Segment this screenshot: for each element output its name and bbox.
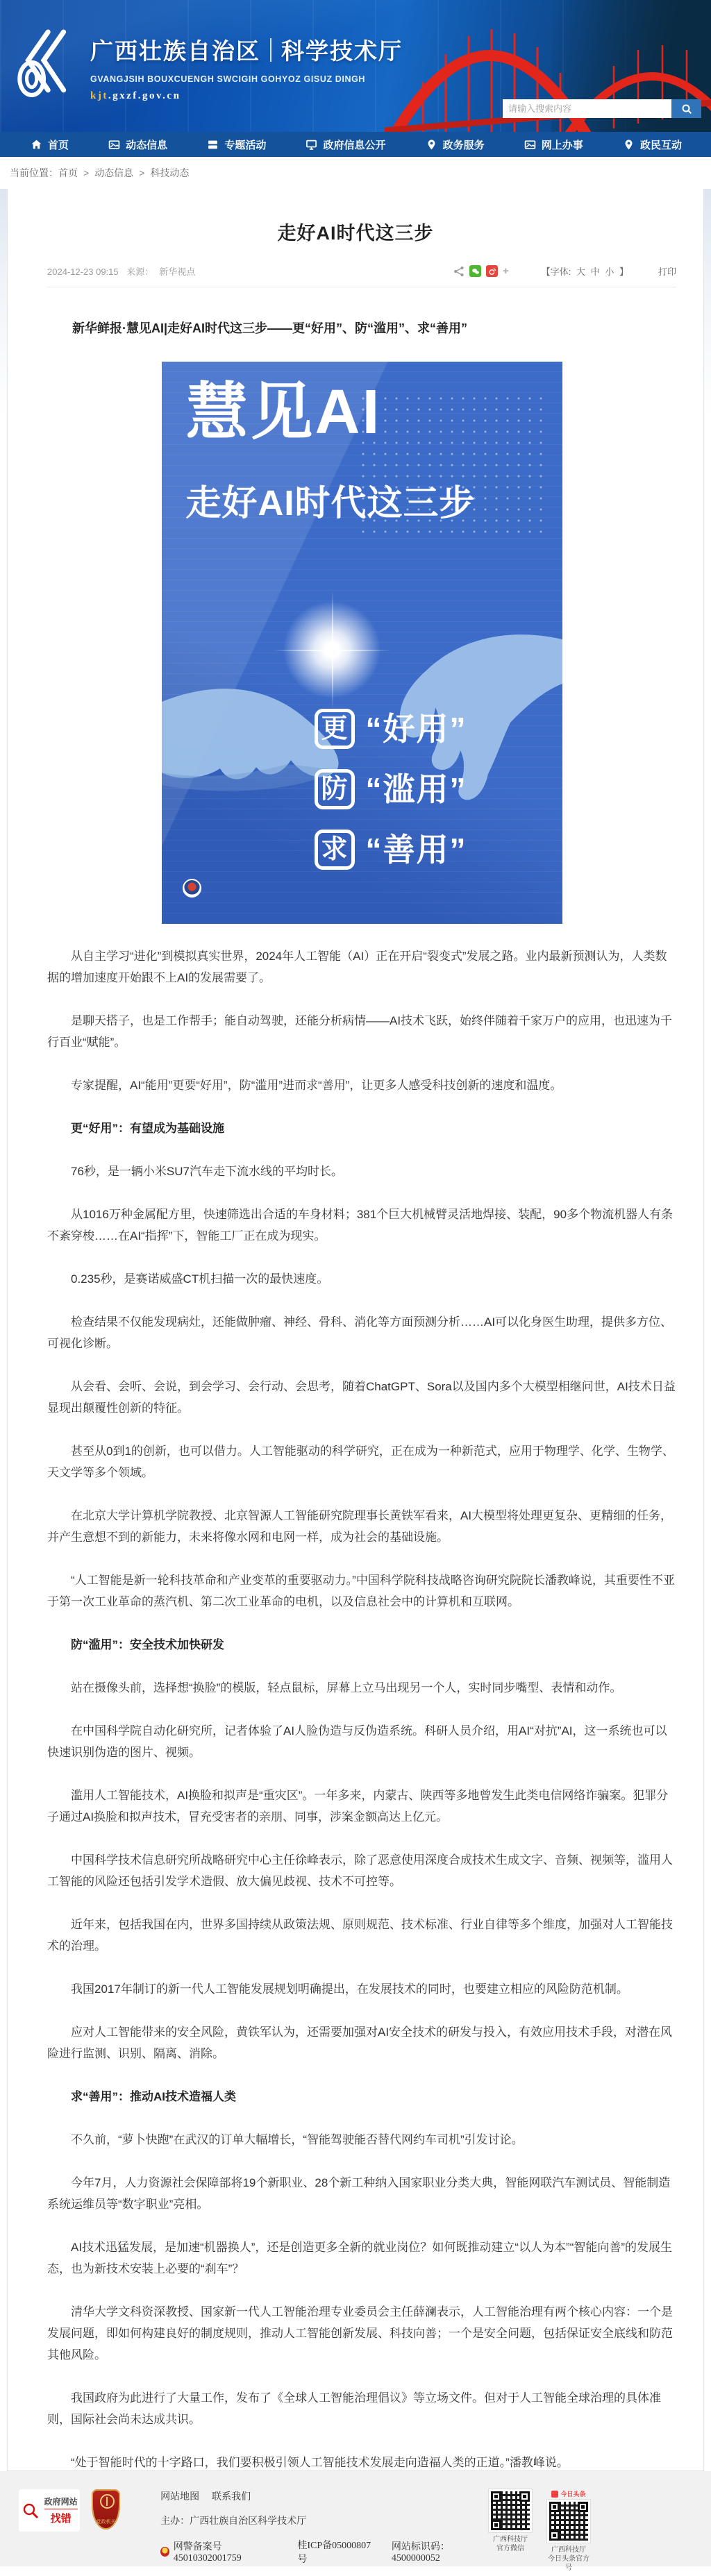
nav-item-news[interactable]: 动态信息 bbox=[108, 137, 167, 152]
article-paragraph: 在北京大学计算机学院教授、北京智源人工智能研究院理事长黄铁军看来，AI大模型将处… bbox=[47, 1505, 676, 1548]
poster-row: 防 “滥用” bbox=[315, 769, 467, 809]
section-heading: 更“好用”：有望成为基础设施 bbox=[47, 1118, 676, 1139]
breadcrumb-separator: > bbox=[83, 167, 89, 178]
article-paragraph: 我国2017年制订的新一代人工智能发展规划明确提出，在发展技术的同时，也要建立相… bbox=[47, 1978, 676, 2000]
poster-row: 求 “善用” bbox=[315, 830, 467, 870]
wechat-qr-caption: 广西科技厅 官方微信 bbox=[493, 2535, 528, 2553]
sitemap-link[interactable]: 网站地图 bbox=[160, 2489, 199, 2503]
nav-item-gov-info[interactable]: 政府信息公开 bbox=[306, 137, 385, 152]
police-record-link[interactable]: 网警备案号45010302001759 bbox=[174, 2539, 278, 2564]
breadcrumb-home[interactable]: 首页 bbox=[58, 166, 78, 180]
police-badge-icon bbox=[160, 2547, 169, 2557]
article-paragraph: 应对人工智能带来的安全风险，黄铁军认为，还需要加强对AI安全技术的研发与投入，有… bbox=[47, 2021, 676, 2064]
article-paragraph: 从1016万种金属配方里，快速筛选出合适的车身材料；381个巨大机械臂灵活地焊接… bbox=[47, 1204, 676, 1247]
wechat-qr-code bbox=[489, 2489, 532, 2532]
search-input[interactable] bbox=[503, 99, 671, 118]
footer-host: 主办：广西壮族自治区科学技术厅 bbox=[160, 2514, 306, 2527]
more-share-icon[interactable]: + bbox=[503, 265, 509, 277]
article-meta-right: + 【字体: 大 中 小 】 打印 bbox=[453, 264, 676, 278]
page-footer: 政府网站 找错 党政机关 网站地图 联系我们 主办：广西壮族自治区科学技术厅 网… bbox=[0, 2471, 711, 2566]
weibo-share-icon[interactable] bbox=[486, 265, 498, 277]
article-paragraph: 从会看、会听、会说，到会学习、会行动、会思考，随着ChatGPT、Sora以及国… bbox=[47, 1376, 676, 1419]
nav-item-label: 政府信息公开 bbox=[323, 137, 385, 152]
article-body: 新华鲜报·慧见AI|走好AI时代这三步——更“好用”、防“滥用”、求“善用” 慧… bbox=[8, 318, 703, 2471]
print-button[interactable]: 打印 bbox=[658, 264, 676, 278]
article-paragraph: 检查结果不仅能发现病灶，还能做肿瘤、神经、骨科、消化等方面预测分析……AI可以化… bbox=[47, 1311, 676, 1354]
news-icon bbox=[108, 139, 120, 151]
article-paragraph: 从自主学习“进化”到模拟真实世界，2024年人工智能（AI）正在开启“裂变式”发… bbox=[47, 945, 676, 988]
breadcrumb-news[interactable]: 动态信息 bbox=[94, 166, 133, 180]
poster-row-box: 求 bbox=[315, 830, 355, 870]
toutiao-header-label: 今日头条 bbox=[560, 2489, 585, 2498]
article-paragraph: 76秒，是一辆小米SU7汽车走下流水线的平均时长。 bbox=[47, 1161, 676, 1182]
contact-link[interactable]: 联系我们 bbox=[212, 2489, 251, 2503]
page-background: 走好AI时代这三步 2024-12-23 09:15 来源：新华视点 + 【字体… bbox=[0, 189, 711, 2471]
article-paragraph: 滥用人工智能技术，AI换脸和拟声是“重灾区”。一年多来，内蒙古、陕西等多地曾发生… bbox=[47, 1785, 676, 1828]
nav-item-home[interactable]: 首页 bbox=[31, 137, 69, 152]
font-size-medium[interactable]: 中 bbox=[591, 267, 600, 277]
nav-item-label: 专题活动 bbox=[224, 137, 266, 152]
article-paragraph: 专家提醒，AI“能用”更要“好用”，防“滥用”进而求“善用”，让更多人感受科技创… bbox=[47, 1075, 676, 1096]
article-lead: 新华鲜报·慧见AI|走好AI时代这三步——更“好用”、防“滥用”、求“善用” bbox=[47, 318, 676, 339]
nav-item-services[interactable]: 政务服务 bbox=[426, 137, 485, 152]
poster-title: 慧见AI bbox=[186, 402, 382, 423]
article-date: 2024-12-23 09:15 bbox=[47, 267, 119, 277]
breadcrumb-current: 科技动态 bbox=[150, 166, 189, 180]
site-logo bbox=[8, 29, 79, 99]
poster-subtitle: 走好AI时代这三步 bbox=[186, 492, 476, 514]
nav-item-label: 政务服务 bbox=[443, 137, 485, 152]
nav-item-label: 政民互动 bbox=[640, 137, 682, 152]
site-name-zhuang: GVANGJSIH BOUXCUENGH SWCIGIH GOHYOZ GISU… bbox=[90, 74, 403, 84]
font-size-small[interactable]: 小 bbox=[605, 267, 614, 277]
site-code: 网站标识码：4500000052 bbox=[392, 2539, 487, 2564]
wechat-share-icon[interactable] bbox=[469, 265, 481, 277]
site-name-region: 广西壮族自治区 bbox=[90, 33, 260, 66]
article-paragraph: 今年7月，人力资源社会保障部将19个新职业、28个新工种纳入国家职业分类大典，智… bbox=[47, 2172, 676, 2215]
breadcrumb: 当前位置： 首页 > 动态信息 > 科技动态 bbox=[0, 157, 711, 189]
error-magnifier-icon bbox=[22, 2502, 40, 2520]
article-paragraph: 是聊天搭子，也是工作帮手；能自动驾驶，还能分析病情——AI技术飞跃，始终伴随着千… bbox=[47, 1010, 676, 1053]
article-paragraph: “人工智能是新一轮科技革命和产业变革的重要驱动力。”中国科学院科技战略咨询研究院… bbox=[47, 1569, 676, 1613]
search-icon bbox=[681, 103, 692, 115]
article-paragraph: “处于智能时代的十字路口，我们要积极引领人工智能技术发展走向造福人类的正道。”潘… bbox=[47, 2452, 676, 2471]
toutiao-header: 今日头条 bbox=[551, 2489, 585, 2498]
article-paragraph: 在中国科学院自动化研究所，记者体验了AI人脸伪造与反伪造系统。科研人员介绍，用A… bbox=[47, 1720, 676, 1763]
toutiao-qr-caption: 广西科技厅 今日头条官方号 bbox=[546, 2545, 592, 2573]
share-icon[interactable] bbox=[453, 266, 465, 277]
section-heading: 防“滥用”：安全技术加快研发 bbox=[47, 1634, 676, 1656]
article-paragraph: 近年来，包括我国在内，世界多国持续从政策法规、原则规范、技术标准、行业自律等多个… bbox=[47, 1914, 676, 1957]
article-source-label: 来源： bbox=[126, 267, 153, 277]
article-meta: 2024-12-23 09:15 来源：新华视点 + 【字体: 大 中 小 】 bbox=[47, 264, 676, 287]
poster-row: 更 “好用” bbox=[315, 709, 467, 749]
toutiao-icon bbox=[551, 2491, 558, 2498]
error-badge-line1: 政府网站 bbox=[44, 2495, 78, 2509]
article-paragraph: AI技术迅猛发展，是加速“机器换人”，还是创造更多全新的就业岗位？如何既推动建立… bbox=[47, 2237, 676, 2280]
poster-light-glow bbox=[273, 591, 391, 709]
services-icon bbox=[426, 139, 437, 151]
article-paragraph: 甚至从0到1的创新，也可以借力。人工智能驱动的科学研究，正在成为一种新范式，应用… bbox=[47, 1440, 676, 1483]
poster-row-word: “滥用” bbox=[366, 779, 467, 800]
nav-item-online-affairs[interactable]: 网上办事 bbox=[524, 137, 583, 152]
footer-info: 网站地图 联系我们 主办：广西壮族自治区科学技术厅 网警备案号450103020… bbox=[160, 2489, 487, 2576]
nav-item-label: 首页 bbox=[48, 137, 69, 152]
poster-row-word: “好用” bbox=[366, 718, 467, 740]
toutiao-qr-code bbox=[547, 2500, 590, 2543]
gov-info-icon bbox=[306, 139, 317, 151]
party-gov-badge-label: 党政机关 bbox=[92, 2518, 120, 2525]
icp-record-link[interactable]: 桂ICP备05000807号 bbox=[297, 2538, 371, 2566]
article-paragraph: 中国科学技术信息研究所战略研究中心主任徐峰表示，除了恶意使用深度合成技术生成文字… bbox=[47, 1849, 676, 1892]
font-size-large[interactable]: 大 bbox=[576, 267, 585, 277]
error-badge-line2: 找错 bbox=[51, 2511, 72, 2525]
site-search bbox=[503, 99, 701, 118]
page-title: 走好AI时代这三步 bbox=[8, 218, 703, 245]
font-control-suffix: 】 bbox=[619, 267, 628, 277]
site-url-rest: .gxzf.gov.cn bbox=[108, 90, 181, 101]
article-source: 新华视点 bbox=[159, 267, 195, 277]
topics-icon bbox=[207, 139, 219, 151]
font-size-control: 【字体: 大 中 小 】 bbox=[540, 264, 630, 278]
nav-item-label: 动态信息 bbox=[126, 137, 167, 152]
site-name-divider bbox=[270, 38, 271, 62]
party-gov-badge[interactable]: 党政机关 bbox=[92, 2489, 120, 2529]
gov-site-error-badge[interactable]: 政府网站 找错 bbox=[19, 2489, 80, 2532]
site-name: 广西壮族自治区 科学技术厅 bbox=[90, 33, 403, 66]
article-paragraph: 清华大学文科资深教授、国家新一代人工智能治理专业委员会主任薛澜表示，人工智能治理… bbox=[47, 2301, 676, 2366]
font-control-prefix: 【字体: bbox=[542, 267, 571, 277]
poster-row-box: 更 bbox=[315, 709, 355, 749]
poster-row-word: “善用” bbox=[366, 839, 467, 861]
site-banner: 广西壮族自治区 科学技术厅 GVANGJSIH BOUXCUENGH SWCIG… bbox=[0, 0, 711, 132]
article-paragraph: 站在摄像头前，选择想“换脸”的模版，轻点鼠标，屏幕上立马出现另一个人，实时同步嘴… bbox=[47, 1677, 676, 1699]
article-container: 走好AI时代这三步 2024-12-23 09:15 来源：新华视点 + 【字体… bbox=[7, 189, 704, 2471]
article-poster-image: 慧见AI 走好AI时代这三步 更 “好用” 防 “滥用” 求 “善用” bbox=[162, 362, 562, 924]
qr-toutiao-block: 今日头条 广西科技厅 今日头条官方号 bbox=[546, 2489, 592, 2573]
nav-item-topics[interactable]: 专题活动 bbox=[207, 137, 266, 152]
breadcrumb-separator: > bbox=[139, 167, 144, 178]
site-url: kjt.gxzf.gov.cn bbox=[90, 90, 403, 102]
article-paragraph: 0.235秒，是赛诺威盛CT机扫描一次的最快速度。 bbox=[47, 1268, 676, 1290]
nav-item-label: 网上办事 bbox=[542, 137, 583, 152]
home-icon bbox=[31, 139, 42, 151]
nav-item-interaction[interactable]: 政民互动 bbox=[623, 137, 682, 152]
main-nav: 首页 动态信息 专题活动 政府信息公开 政务服务 网上办事 政民互动 bbox=[0, 132, 711, 157]
footer-qr-codes: 广西科技厅 官方微信 今日头条 广西科技厅 今日头条官方号 bbox=[487, 2489, 592, 2573]
breadcrumb-prefix: 当前位置： bbox=[10, 166, 58, 180]
poster-row-box: 防 bbox=[315, 769, 355, 809]
news-agency-emblem bbox=[183, 879, 201, 898]
site-url-prefix: kjt bbox=[90, 90, 108, 101]
section-heading: 求“善用”：推动AI技术造福人类 bbox=[47, 2086, 676, 2107]
article-paragraph: 不久前，“萝卜快跑”在武汉的订单大幅增长，“智能驾驶能否替代网约车司机”引发讨论… bbox=[47, 2129, 676, 2150]
qr-wechat-block: 广西科技厅 官方微信 bbox=[487, 2489, 533, 2573]
site-name-dept: 科学技术厅 bbox=[281, 33, 403, 66]
article-meta-left: 2024-12-23 09:15 来源：新华视点 bbox=[47, 264, 201, 278]
interaction-icon bbox=[623, 139, 635, 151]
article-paragraph: 我国政府为此进行了大量工作，发布了《全球人工智能治理倡议》等立场文件。但对于人工… bbox=[47, 2387, 676, 2430]
online-affairs-icon bbox=[524, 139, 536, 151]
poster-slogan-rows: 更 “好用” 防 “滥用” 求 “善用” bbox=[315, 709, 467, 870]
search-button[interactable] bbox=[671, 99, 701, 118]
